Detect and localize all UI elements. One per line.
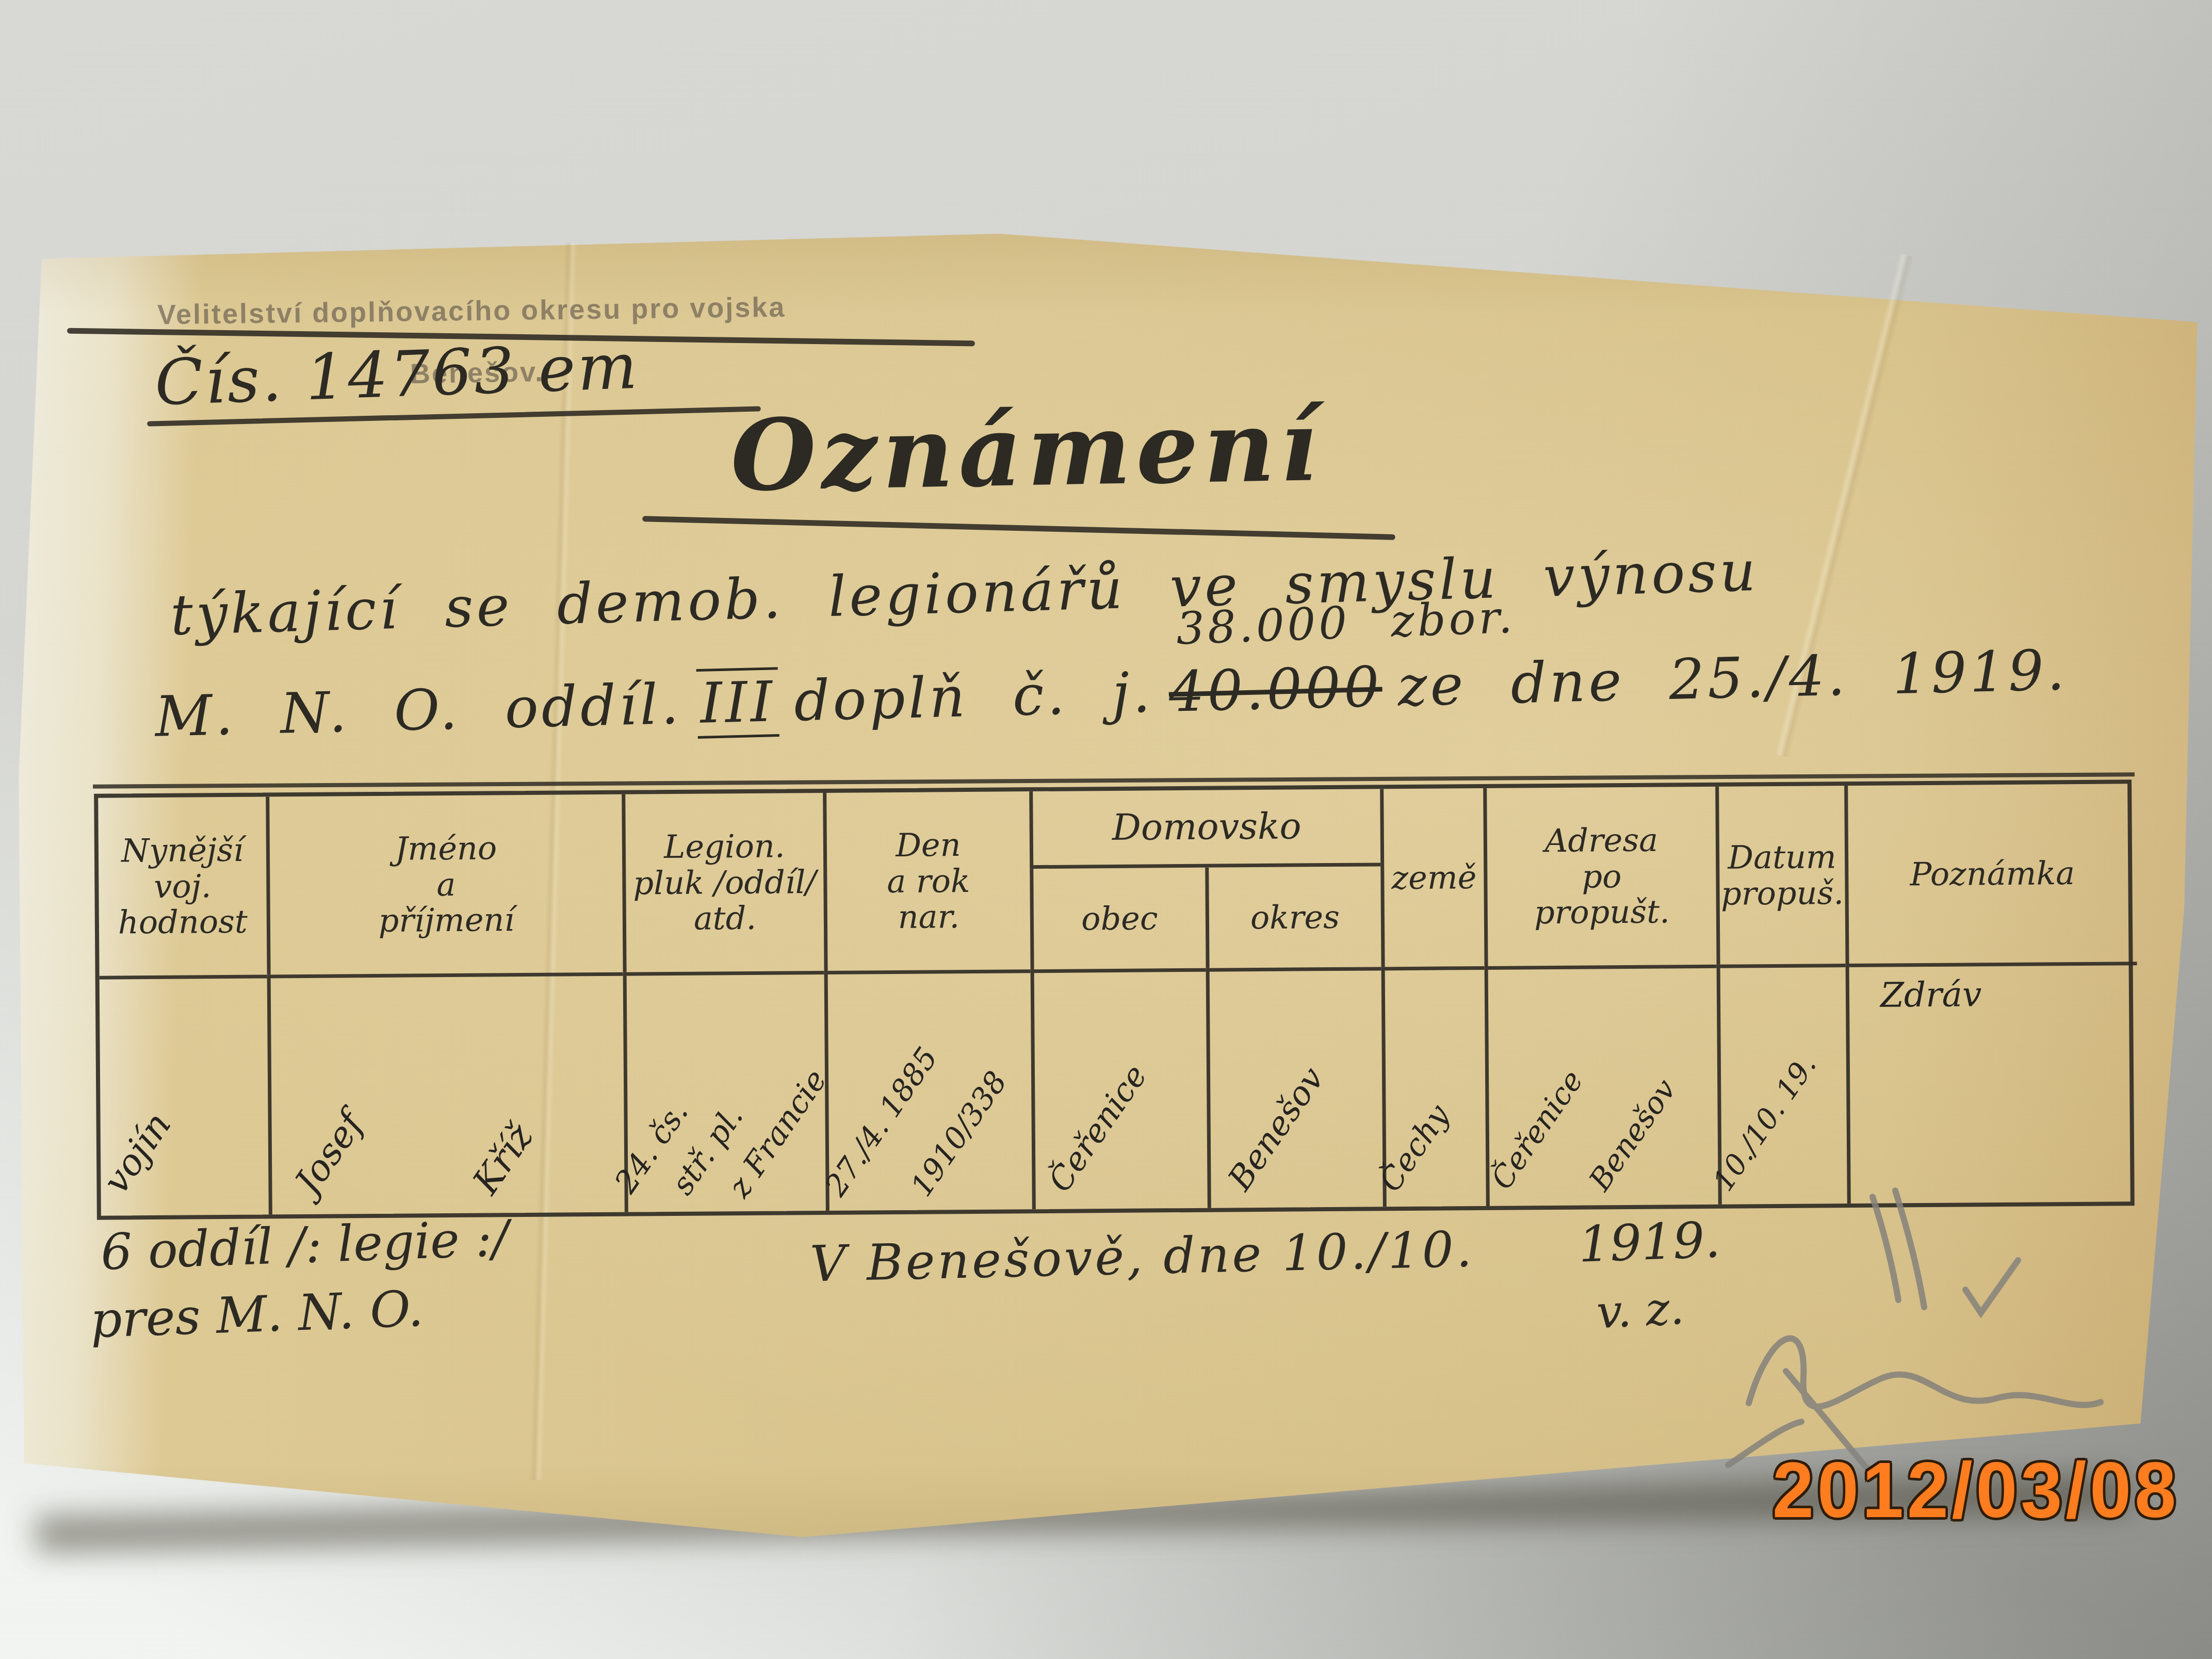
col-header-birth: Dena roknar. xyxy=(823,791,1030,971)
note-text: Zdráv xyxy=(1880,974,1982,1015)
pencil-signature xyxy=(1677,1135,2192,1496)
footer-vz-initials: v. z. xyxy=(1595,1281,1685,1339)
cell-name: Josef Kříž xyxy=(267,972,625,1215)
cell-zeme: Čechy xyxy=(1381,966,1486,1207)
document-title: Oznámení xyxy=(633,386,1420,515)
camera-timestamp: 2012/03/08 xyxy=(1772,1445,2180,1536)
col-header-okres: okres xyxy=(1205,866,1381,968)
body-line-2-mid: doplň č. j. xyxy=(793,660,1154,734)
crossed-out-number: 40.000 xyxy=(1168,655,1383,725)
col-header-note: Poznámka xyxy=(1844,784,2137,964)
body-line-2-pre: M. N. O. oddíl. xyxy=(154,672,682,750)
col-group-domicile: Domovsko xyxy=(1029,789,1380,869)
col-header-rank: Nynějšívoj.hodnost xyxy=(98,796,267,975)
footer-org-line: pres M. N. O. xyxy=(89,1280,424,1349)
col-header-zeme: země xyxy=(1380,788,1484,967)
cell-birth: 27./4. 1885 1910/338 xyxy=(824,969,1032,1211)
cell-rank: vojín xyxy=(100,974,269,1215)
roman-numeral: III xyxy=(696,667,779,739)
photo-of-document: { "photo": { "camera_timestamp": "2012/0… xyxy=(0,0,2212,1659)
cell-legion: 24. čs. stř. pl. z Francie xyxy=(623,971,826,1212)
col-header-obec: obec xyxy=(1030,868,1206,969)
col-header-legion: Legion.pluk /oddíl/atd. xyxy=(622,793,824,972)
col-header-release: Datumpropuš. xyxy=(1715,786,1845,965)
cell-okres: Benešov xyxy=(1206,967,1383,1208)
col-header-address: Adresapopropušt. xyxy=(1483,787,1716,966)
cell-obec: Čeřenice xyxy=(1031,968,1208,1209)
col-header-name: Jménoapříjmení xyxy=(266,794,623,975)
